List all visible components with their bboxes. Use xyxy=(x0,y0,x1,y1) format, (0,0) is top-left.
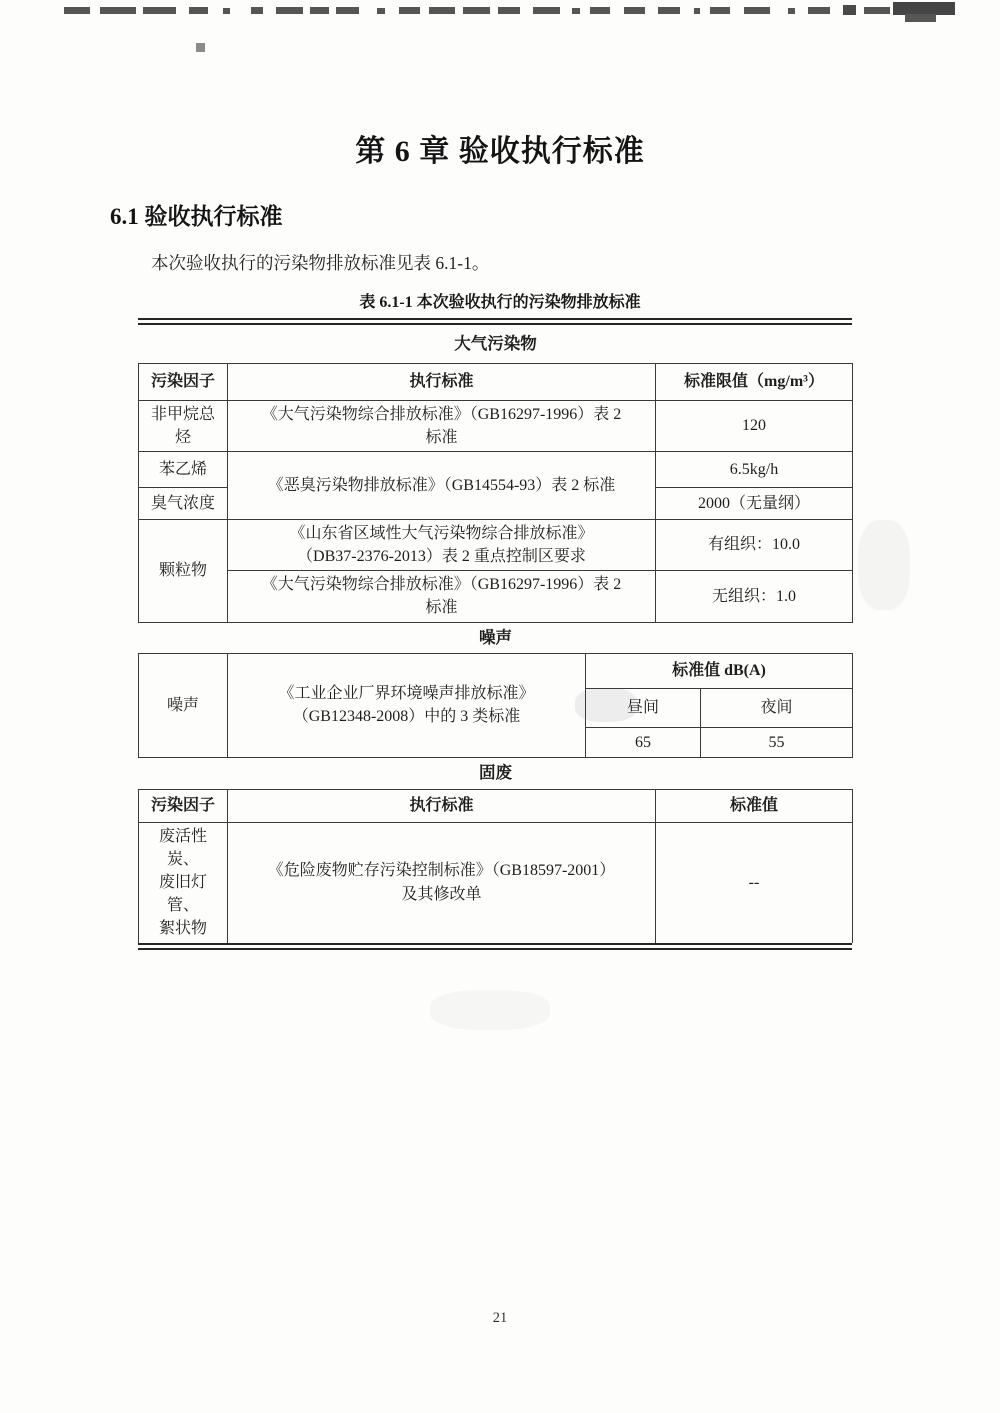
table-row: 颗粒物 《山东省区域性大气污染物综合排放标准》 （DB37-2376-2013）… xyxy=(139,519,853,570)
styrene-factor: 苯乙烯 xyxy=(139,451,228,487)
table-row: 《大气污染物综合排放标准》（GB16297-1996）表 2 标准 无组织：1.… xyxy=(139,571,853,622)
intro-paragraph: 本次验收执行的污染物排放标准见表 6.1-1。 xyxy=(151,250,489,275)
chapter-title: 第 6 章 验收执行标准 xyxy=(0,126,1000,170)
pm-standard-organized: 《山东省区域性大气污染物综合排放标准》 （DB37-2376-2013）表 2 … xyxy=(228,519,656,570)
nmhc-factor: 非甲烷总 烃 xyxy=(139,400,228,451)
solid-waste-header-factor: 污染因子 xyxy=(139,789,228,822)
pm-factor: 颗粒物 xyxy=(139,519,228,622)
table-top-border xyxy=(138,318,852,325)
section-heading: 6.1 验收执行标准 xyxy=(110,198,283,231)
solid-waste-factor: 废活性炭、 废旧灯管、 絮状物 xyxy=(139,822,228,942)
noise-section-row: 噪声 xyxy=(139,622,853,653)
pm-limit-organized: 有组织：10.0 xyxy=(656,519,853,570)
air-header-factor: 污染因子 xyxy=(139,363,228,400)
styrene-limit: 6.5kg/h xyxy=(656,451,853,487)
air-section-row: 大气污染物 xyxy=(139,325,853,363)
air-header-limit: 标准限值（mg/m³） xyxy=(656,363,853,400)
solid-waste-section-title: 固废 xyxy=(139,757,853,789)
solid-waste-section-row: 固废 xyxy=(139,757,853,789)
nmhc-limit: 120 xyxy=(656,400,853,451)
solid-waste-header-standard: 执行标准 xyxy=(228,789,656,822)
solid-waste-header-limit: 标准值 xyxy=(656,789,853,822)
odor-limit: 2000（无量纲） xyxy=(656,487,853,519)
page-number: 21 xyxy=(0,1310,1000,1327)
table-bottom-border xyxy=(138,943,852,950)
standards-table: 大气污染物 污染因子 执行标准 标准限值（mg/m³） 非甲烷总 烃 《大气污染… xyxy=(138,318,852,950)
table-caption: 表 6.1-1 本次验收执行的污染物排放标准 xyxy=(0,289,1000,312)
air-header-standard: 执行标准 xyxy=(228,363,656,400)
noise-standard: 《工业企业厂界环境噪声排放标准》 （GB12348-2008）中的 3 类标准 xyxy=(228,653,586,757)
noise-day-value: 65 xyxy=(586,727,701,757)
noise-factor: 噪声 xyxy=(139,653,228,757)
noise-night-value: 55 xyxy=(701,727,853,757)
solid-waste-header-row: 污染因子 执行标准 标准值 xyxy=(139,789,853,822)
noise-value-header: 标准值 dB(A) xyxy=(586,653,853,688)
noise-night-label: 夜间 xyxy=(701,688,853,727)
table-row: 噪声 《工业企业厂界环境噪声排放标准》 （GB12348-2008）中的 3 类… xyxy=(139,653,853,688)
table-row: 非甲烷总 烃 《大气污染物综合排放标准》（GB16297-1996）表 2 标准… xyxy=(139,400,853,451)
pollutant-standards-table: 大气污染物 污染因子 执行标准 标准限值（mg/m³） 非甲烷总 烃 《大气污染… xyxy=(138,325,853,943)
table-row: 苯乙烯 《恶臭污染物排放标准》（GB14554-93）表 2 标准 6.5kg/… xyxy=(139,451,853,487)
noise-day-label: 昼间 xyxy=(586,688,701,727)
air-section-title: 大气污染物 xyxy=(139,325,853,363)
pm-limit-unorganized: 无组织：1.0 xyxy=(656,571,853,622)
noise-section-title: 噪声 xyxy=(139,622,853,653)
nmhc-standard: 《大气污染物综合排放标准》（GB16297-1996）表 2 标准 xyxy=(228,400,656,451)
odor-standard: 《恶臭污染物排放标准》（GB14554-93）表 2 标准 xyxy=(228,451,656,519)
document-page: { "page": { "chapter_title": "第 6 章 验收执行… xyxy=(0,0,1000,1413)
odor-factor: 臭气浓度 xyxy=(139,487,228,519)
table-row: 废活性炭、 废旧灯管、 絮状物 《危险废物贮存污染控制标准》（GB18597-2… xyxy=(139,822,853,942)
solid-waste-limit: -- xyxy=(656,822,853,942)
pm-standard-unorganized: 《大气污染物综合排放标准》（GB16297-1996）表 2 标准 xyxy=(228,571,656,622)
solid-waste-standard: 《危险废物贮存污染控制标准》（GB18597-2001） 及其修改单 xyxy=(228,822,656,942)
air-header-row: 污染因子 执行标准 标准限值（mg/m³） xyxy=(139,363,853,400)
